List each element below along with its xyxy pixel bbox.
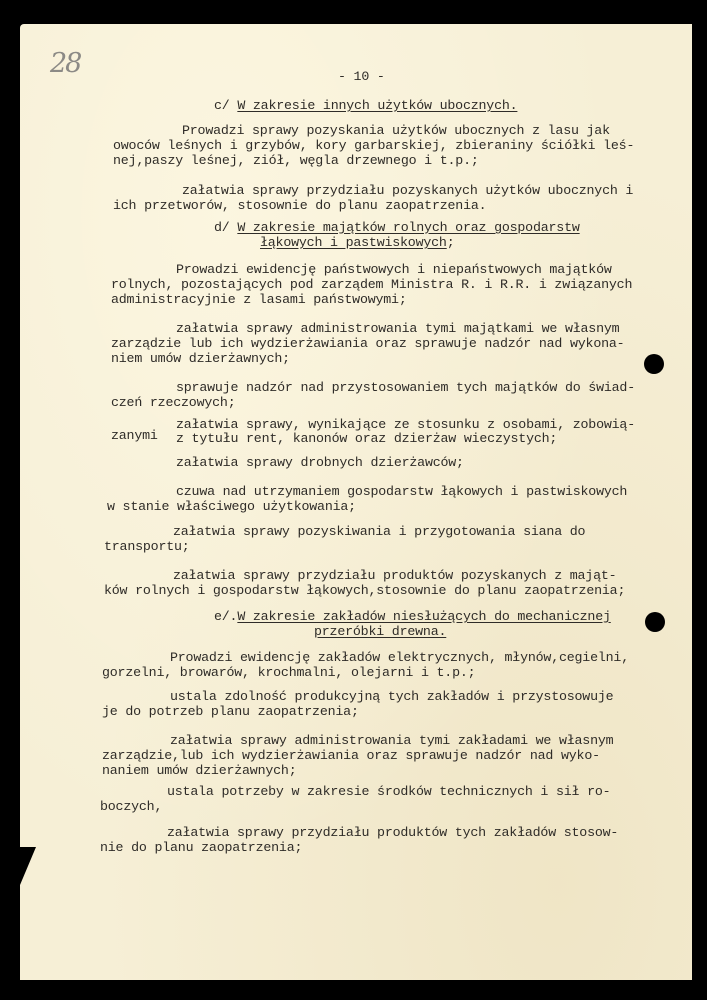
section-d-p2-l3: niem umów dzierżawnych; [111,351,290,366]
section-d-p8-l2: ków rolnych i gospodarstw łąkowych,stoso… [104,583,625,598]
section-d-p1-l1: Prowadzi ewidencję państwowych i niepańs… [176,262,612,277]
section-c-label: c/ [214,98,230,113]
section-e-title-line2: przeróbki drewna. [314,624,446,639]
section-e-p1-l1: Prowadzi ewidencję zakładów elektrycznyc… [170,650,629,665]
section-e-p5-l1: załatwia sprawy przydziału produktów tyc… [167,825,618,840]
punch-hole-bottom [645,612,665,632]
section-d-p6-l1: czuwa nad utrzymaniem gospodarstw łąkowy… [176,484,627,499]
section-d-p5-l1: załatwia sprawy drobnych dzierżawców; [176,455,464,470]
section-d-p3-l2: czeń rzeczowych; [111,395,235,410]
section-c-p1-l3: nej,paszy leśnej, ziół, węgla drzewnego … [113,153,479,168]
section-e-p4-l2: boczych, [100,799,162,814]
section-d-heading-line2: łąkowych i pastwiskowych; [260,235,455,250]
section-e-p3-l3: naniem umów dzierżawnych; [102,763,297,778]
section-d-title-line2: łąkowych i pastwiskowych [260,235,447,250]
section-e-p3-l2: zarządzie,lub ich wydzierżawiania oraz s… [102,748,600,763]
section-d-p3-l1: sprawuje nadzór nad przystosowaniem tych… [176,380,635,395]
section-e-p4-l1: ustala potrzeby w zakresie środków techn… [167,784,610,799]
section-e-p3-l1: załatwia sprawy administrowania tymi zak… [170,733,613,748]
section-c-p2-l2: ich przetworów, stosownie do planu zaopa… [113,198,486,213]
section-d-p4-l2: z tytułu rent, kanonów oraz dzierżaw wie… [176,431,557,446]
section-d-p2-l2: zarządzie lub ich wydzierżawiania oraz s… [111,336,624,351]
section-d-p1-l2: rolnych, pozostających pod zarządem Mini… [111,277,632,292]
section-d-p4-l1: załatwia sprawy, wynikające ze stosunku … [176,417,635,432]
section-e-p2-l2: je do potrzeb planu zaopatrzenia; [102,704,359,719]
section-e-p1-l2: gorzelni, browarów, krochmalni, olejarni… [102,665,475,680]
section-d-p7-l1: załatwia sprawy pozyskiwania i przygotow… [173,524,585,539]
section-d-label: d/ [214,220,230,235]
section-d-p6-l2: w stanie właściwego użytkowania; [107,499,356,514]
section-d-p2-l1: załatwia sprawy administrowania tymi maj… [176,321,619,336]
section-e-p2-l1: ustala zdolność produkcyjną tych zakładó… [170,689,613,704]
section-e-heading: e/.W zakresie zakładów niesłużących do m… [214,609,611,624]
section-e-label: e/. [214,609,237,624]
section-e-title-line1: W zakresie zakładów niesłużących do mech… [237,609,610,624]
section-c-title: W zakresie innych użytków ubocznych. [237,98,517,113]
section-c-heading: c/ W zakresie innych użytków ubocznych. [214,98,517,113]
section-d-p7-l2: transportu; [104,539,190,554]
section-c-p2-l1: załatwia sprawy przydziału pozyskanych u… [182,183,633,198]
pencil-page-number: 28 [50,48,80,79]
section-c-p1-l2: owoców leśnych i grzybów, kory garbarski… [113,138,634,153]
torn-edge [20,847,36,885]
page-number: - 10 - [338,69,385,84]
section-c-p1-l1: Prowadzi sprawy pozyskania użytków ubocz… [182,123,610,138]
section-d-p1-l3: administracyjnie z lasami państwowymi; [111,292,407,307]
section-e-heading-line2: przeróbki drewna. [314,624,446,639]
section-e-p5-l2: nie do planu zaopatrzenia; [100,840,302,855]
section-d-p8-l1: załatwia sprawy przydziału produktów poz… [173,568,616,583]
section-d-margin-word: zanymi [111,428,158,443]
section-d-heading: d/ W zakresie majątków rolnych oraz gosp… [214,220,580,235]
punch-hole-top [644,354,664,374]
section-d-title-line1: W zakresie majątków rolnych oraz gospoda… [237,220,579,235]
